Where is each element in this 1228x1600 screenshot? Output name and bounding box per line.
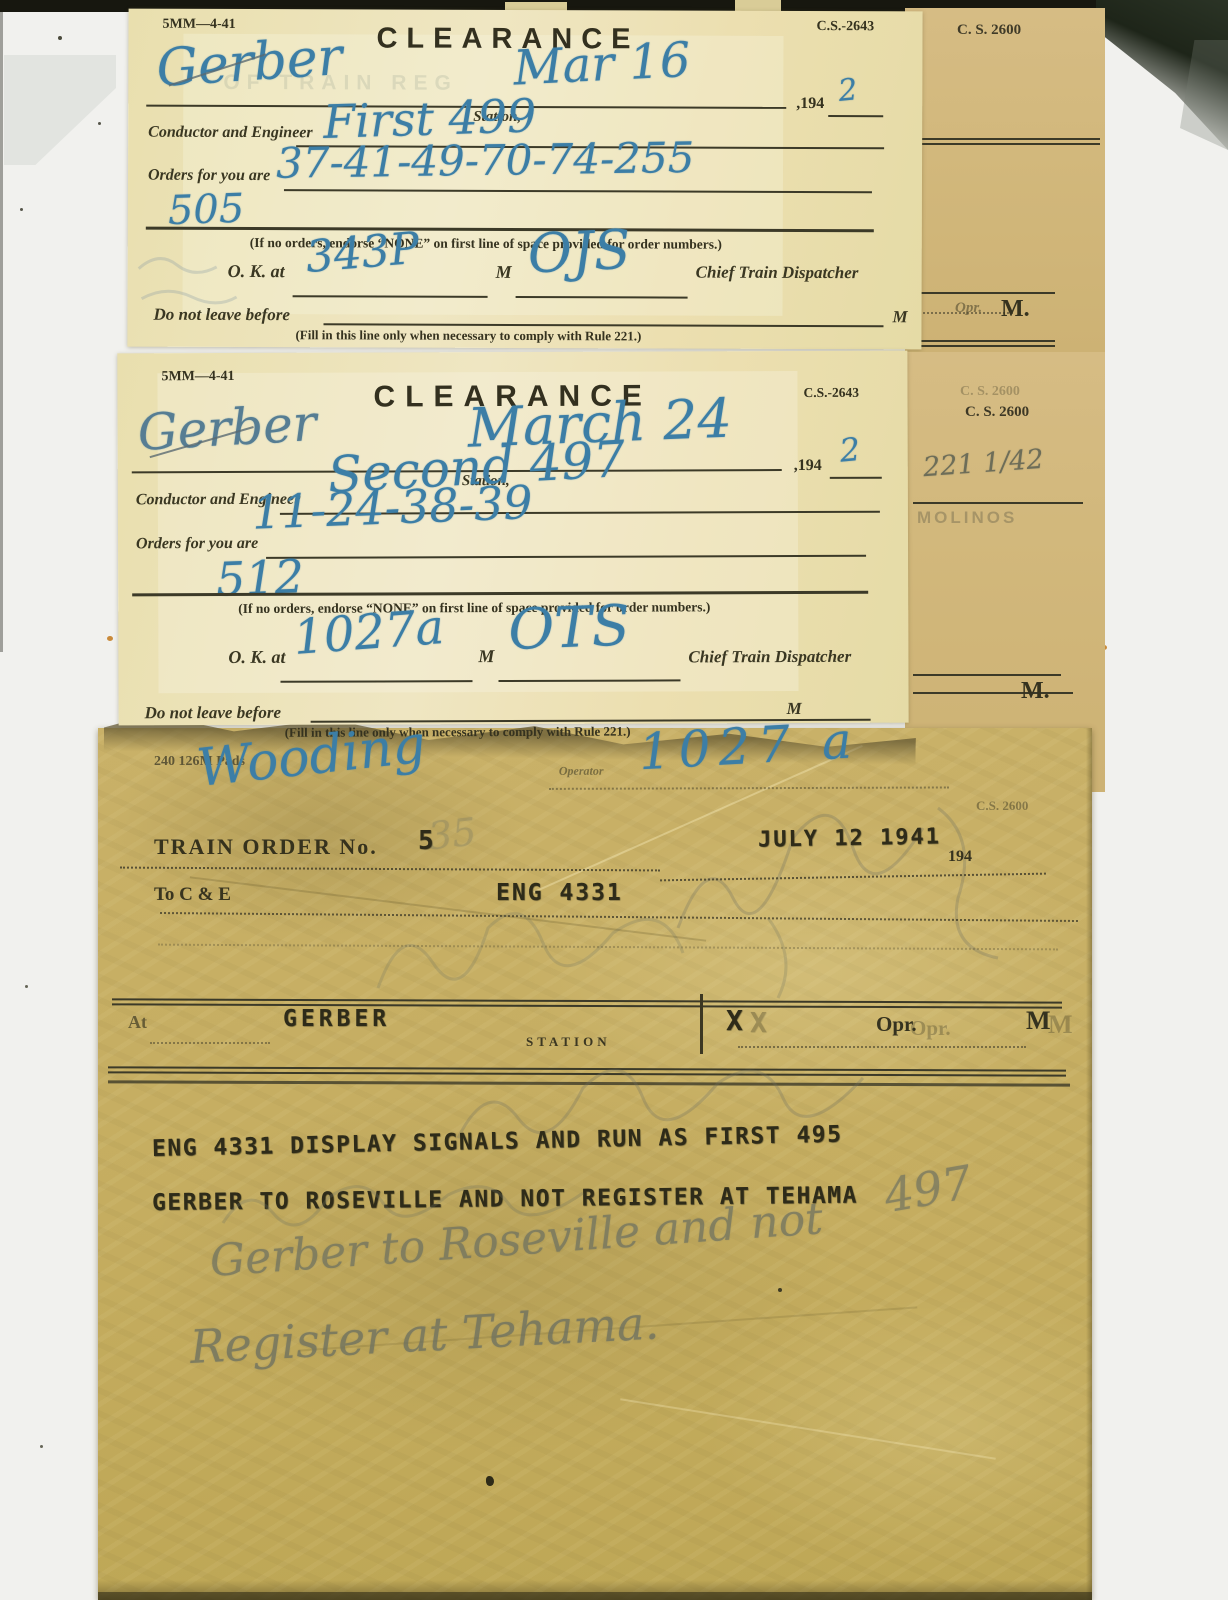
form-number: 5MM—4-41 [163,17,236,33]
dispatcher-label: Chief Train Dispatcher [688,647,851,668]
speck [98,122,101,125]
year-handwriting: 2 [838,430,862,470]
at-station-typed: GERBER [283,1006,390,1032]
pencil-scribble [134,249,254,319]
at-label: At [128,1012,147,1033]
speck [40,1445,43,1448]
year-printed: ,194 [794,457,822,475]
form-code: C. S. 2600 [957,22,1021,39]
meridian-label: M [496,262,512,283]
speck [486,1476,494,1486]
order-number-typed: 5 [418,826,434,856]
date-handwriting: Mar 16 [512,32,692,97]
meridian-label-ghost: M [1048,1010,1073,1040]
operator-label-ghost: Opr. [910,1016,951,1041]
ok-time-handwriting: 343P [304,223,421,283]
operator-time-handwriting: 1027 a [637,711,861,781]
ruled-line [905,292,1055,294]
dotted-line [923,312,1013,314]
pencil-note-line2: Register at Tehama. [189,1295,661,1373]
year-handwriting: 2 [837,72,860,109]
ok-label: O. K. at [228,647,285,668]
meridian-label: M. [1021,678,1050,705]
leave-label: Do not leave before [145,703,282,723]
meridian-label: M [892,307,907,327]
ruled-line [913,674,1061,676]
orders-handwriting: 37-41-49-70-74-255 [276,133,695,188]
dispatcher-initials: OJS [526,218,632,286]
form-code: C.S.-2643 [817,19,875,35]
clearance-form-mid: 5MM—4-41 CLEARANCE C.S.-2643 Gerber Marc… [117,351,908,726]
year-printed: 194 [948,848,972,866]
dotted-line [150,1042,270,1044]
speck [25,985,28,988]
orders-label: Orders for you are [136,535,258,553]
ok-time-handwriting: 1027a [291,599,445,666]
operator-printed-label: Operator [559,764,604,779]
scan-edge-bottom [98,1592,1092,1600]
meridian-label: M. [1001,296,1030,323]
operator-label: Opr. [955,300,982,317]
edge-shadow-right [1086,728,1092,1600]
register-strip-mid: C. S. 2600 C. S. 2600 221 1/42 MOLINOS M… [905,352,1105,792]
dispatcher-label: Chief Train Dispatcher [696,263,859,284]
meridian-label: M [1026,1006,1051,1036]
form-code-ghost: C. S. 2600 [960,384,1020,400]
scanned-documents-photo: C. S. 2600 Opr. M. 5MM—4-41 CLEARANCE C.… [0,0,1228,1600]
year-line [828,115,883,117]
speck [58,36,62,40]
x-mark-typed: X [726,1004,743,1037]
fold-line [620,1398,996,1459]
year-printed: ,194 [796,95,824,113]
rule-note: (Fill in this line only when necessary t… [295,327,641,344]
molinos-ghost-text: MOLINOS [917,508,1017,528]
station-handwriting: Gerber [155,27,345,99]
orders-handwriting: 11-24-38-39 [251,475,534,540]
ruled-line [913,502,1083,504]
form-code: C.S.-2643 [803,385,859,401]
order-title: TRAIN ORDER No. [154,834,378,860]
dispatcher-initials: OTS [507,593,631,663]
station-label: STATION [526,1034,611,1050]
train-order-form: 240 126M Pads C.S. 2600 35 TRAIN ORDER N… [98,728,1092,1600]
ruled-line [905,340,1055,347]
x-mark-ghost: X [750,1006,767,1039]
form-code: C. S. 2600 [965,404,1029,421]
dotted-line [738,1046,1026,1048]
pencil-date-note: 221 1/42 [922,444,1045,483]
order-date-typed: JULY 12 1941 [758,824,941,852]
divider-bar [700,994,703,1054]
speck-orange [107,636,113,641]
orders-handwriting-2: 512 [215,549,305,606]
speck [20,208,23,211]
meridian-label: M [478,646,494,667]
register-strip-top: C. S. 2600 Opr. M. [905,8,1105,356]
form-number: 5MM—4-41 [161,369,234,385]
dotted-line [120,867,660,872]
scan-edge-left [0,12,3,652]
orders-label: Orders for you are [148,167,270,185]
pencil-scribble [438,1058,998,1178]
clearance-form-top: 5MM—4-41 CLEARANCE C.S.-2643 OF TRAIN RE… [127,9,922,350]
speck [778,1288,782,1292]
year-line [830,477,882,479]
margin-shading [4,55,116,165]
to-label: To C & E [154,884,231,906]
